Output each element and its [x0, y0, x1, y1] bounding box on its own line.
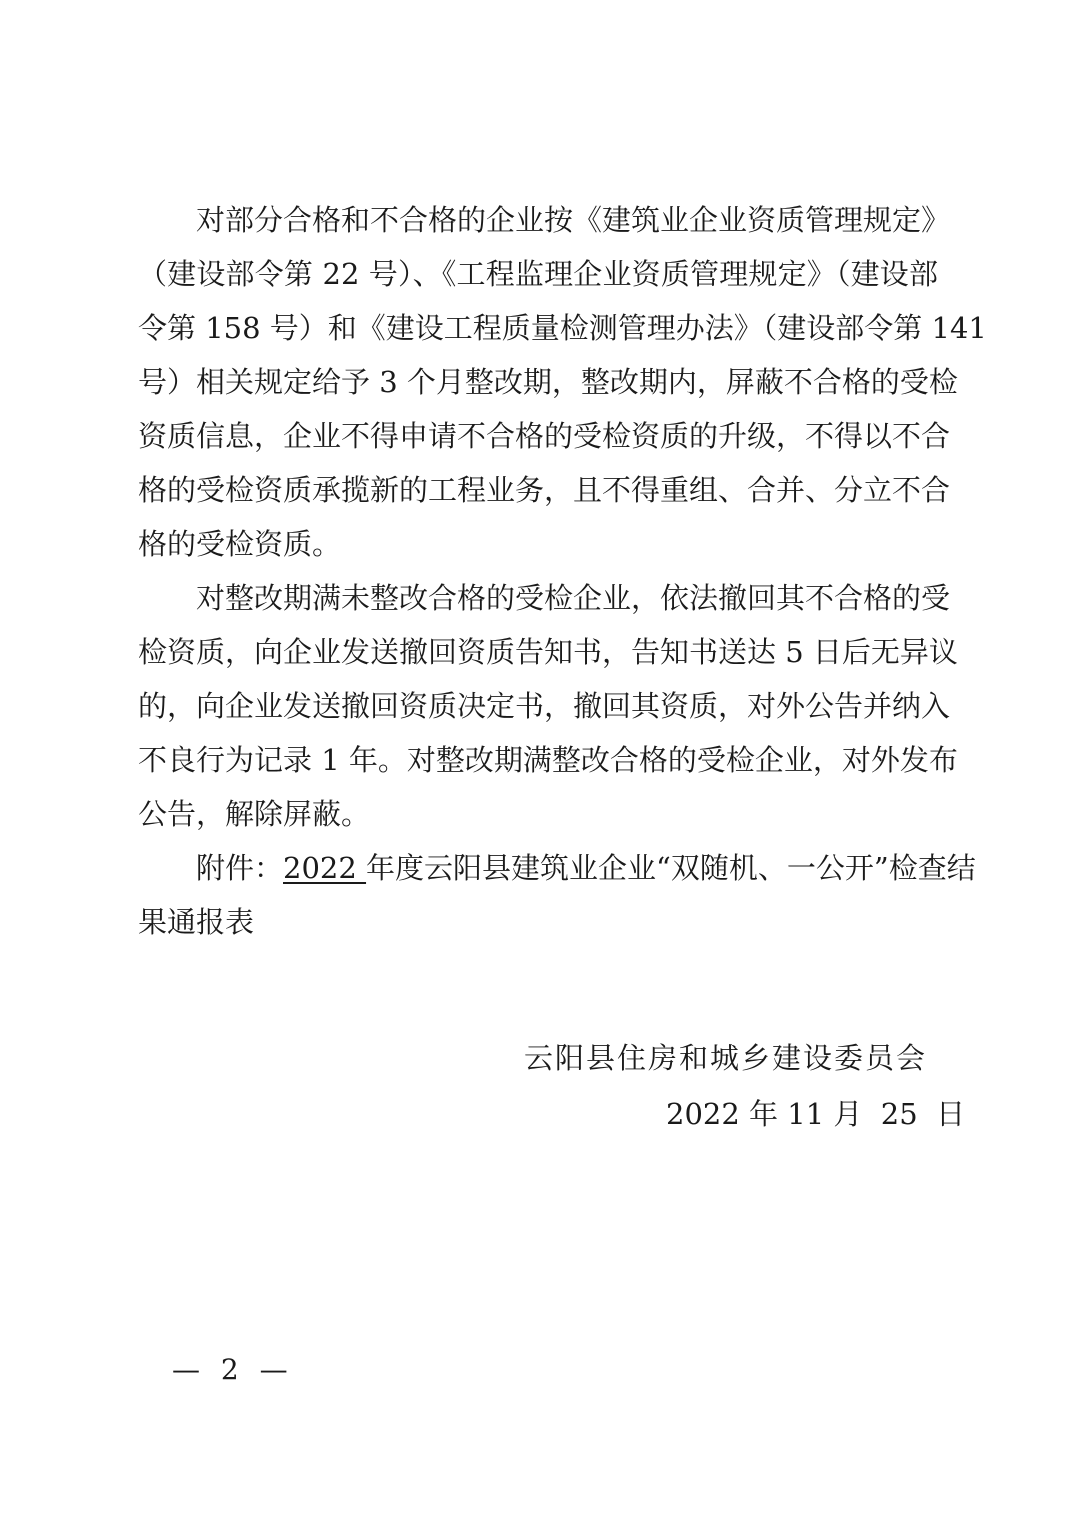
document-page: 对部分合格和不合格的企业按《建筑业企业资质管理规定》 （建设部令第 22 号）、… [0, 0, 1074, 1520]
text-line: （建设部令第 22 号）、《工程监理企业资质管理规定》（建设部 [138, 256, 938, 292]
issue-date: 2022 年 11 月 25 日 [666, 1096, 965, 1132]
attachment-label: 附件： [196, 851, 283, 885]
text-line: 不良行为记录 1 年。对整改期满整改合格的受检企业，对外发布 [138, 742, 938, 778]
text-line: 格的受检资质。 [138, 526, 938, 562]
attachment-line: 附件：2022 年度云阳县建筑业企业“双随机、一公开”检查结 [196, 850, 938, 886]
text-line: 的，向企业发送撤回资质决定书，撤回其资质，对外公告并纳入 [138, 688, 938, 724]
issuing-organization: 云阳县住房和城乡建设委员会 [524, 1040, 927, 1076]
text-line: 对部分合格和不合格的企业按《建筑业企业资质管理规定》 [196, 202, 938, 238]
page-number: — 2 — [172, 1352, 294, 1388]
text-line: 对整改期满未整改合格的受检企业，依法撤回其不合格的受 [196, 580, 938, 616]
attachment-title: 年度云阳县建筑业企业“双随机、一公开”检查结 [366, 851, 976, 885]
text-line: 资质信息，企业不得申请不合格的受检资质的升级，不得以不合 [138, 418, 938, 454]
attachment-title-continued: 果通报表 [138, 904, 938, 940]
text-line: 公告，解除屏蔽。 [138, 796, 938, 832]
attachment-year: 2022 [283, 851, 366, 885]
text-line: 令第 158 号）和《建设工程质量检测管理办法》（建设部令第 141 [138, 310, 938, 346]
text-line: 号）相关规定给予 3 个月整改期，整改期内，屏蔽不合格的受检 [138, 364, 938, 400]
text-line: 格的受检资质承揽新的工程业务，且不得重组、合并、分立不合 [138, 472, 938, 508]
text-line: 检资质，向企业发送撤回资质告知书，告知书送达 5 日后无异议 [138, 634, 938, 670]
